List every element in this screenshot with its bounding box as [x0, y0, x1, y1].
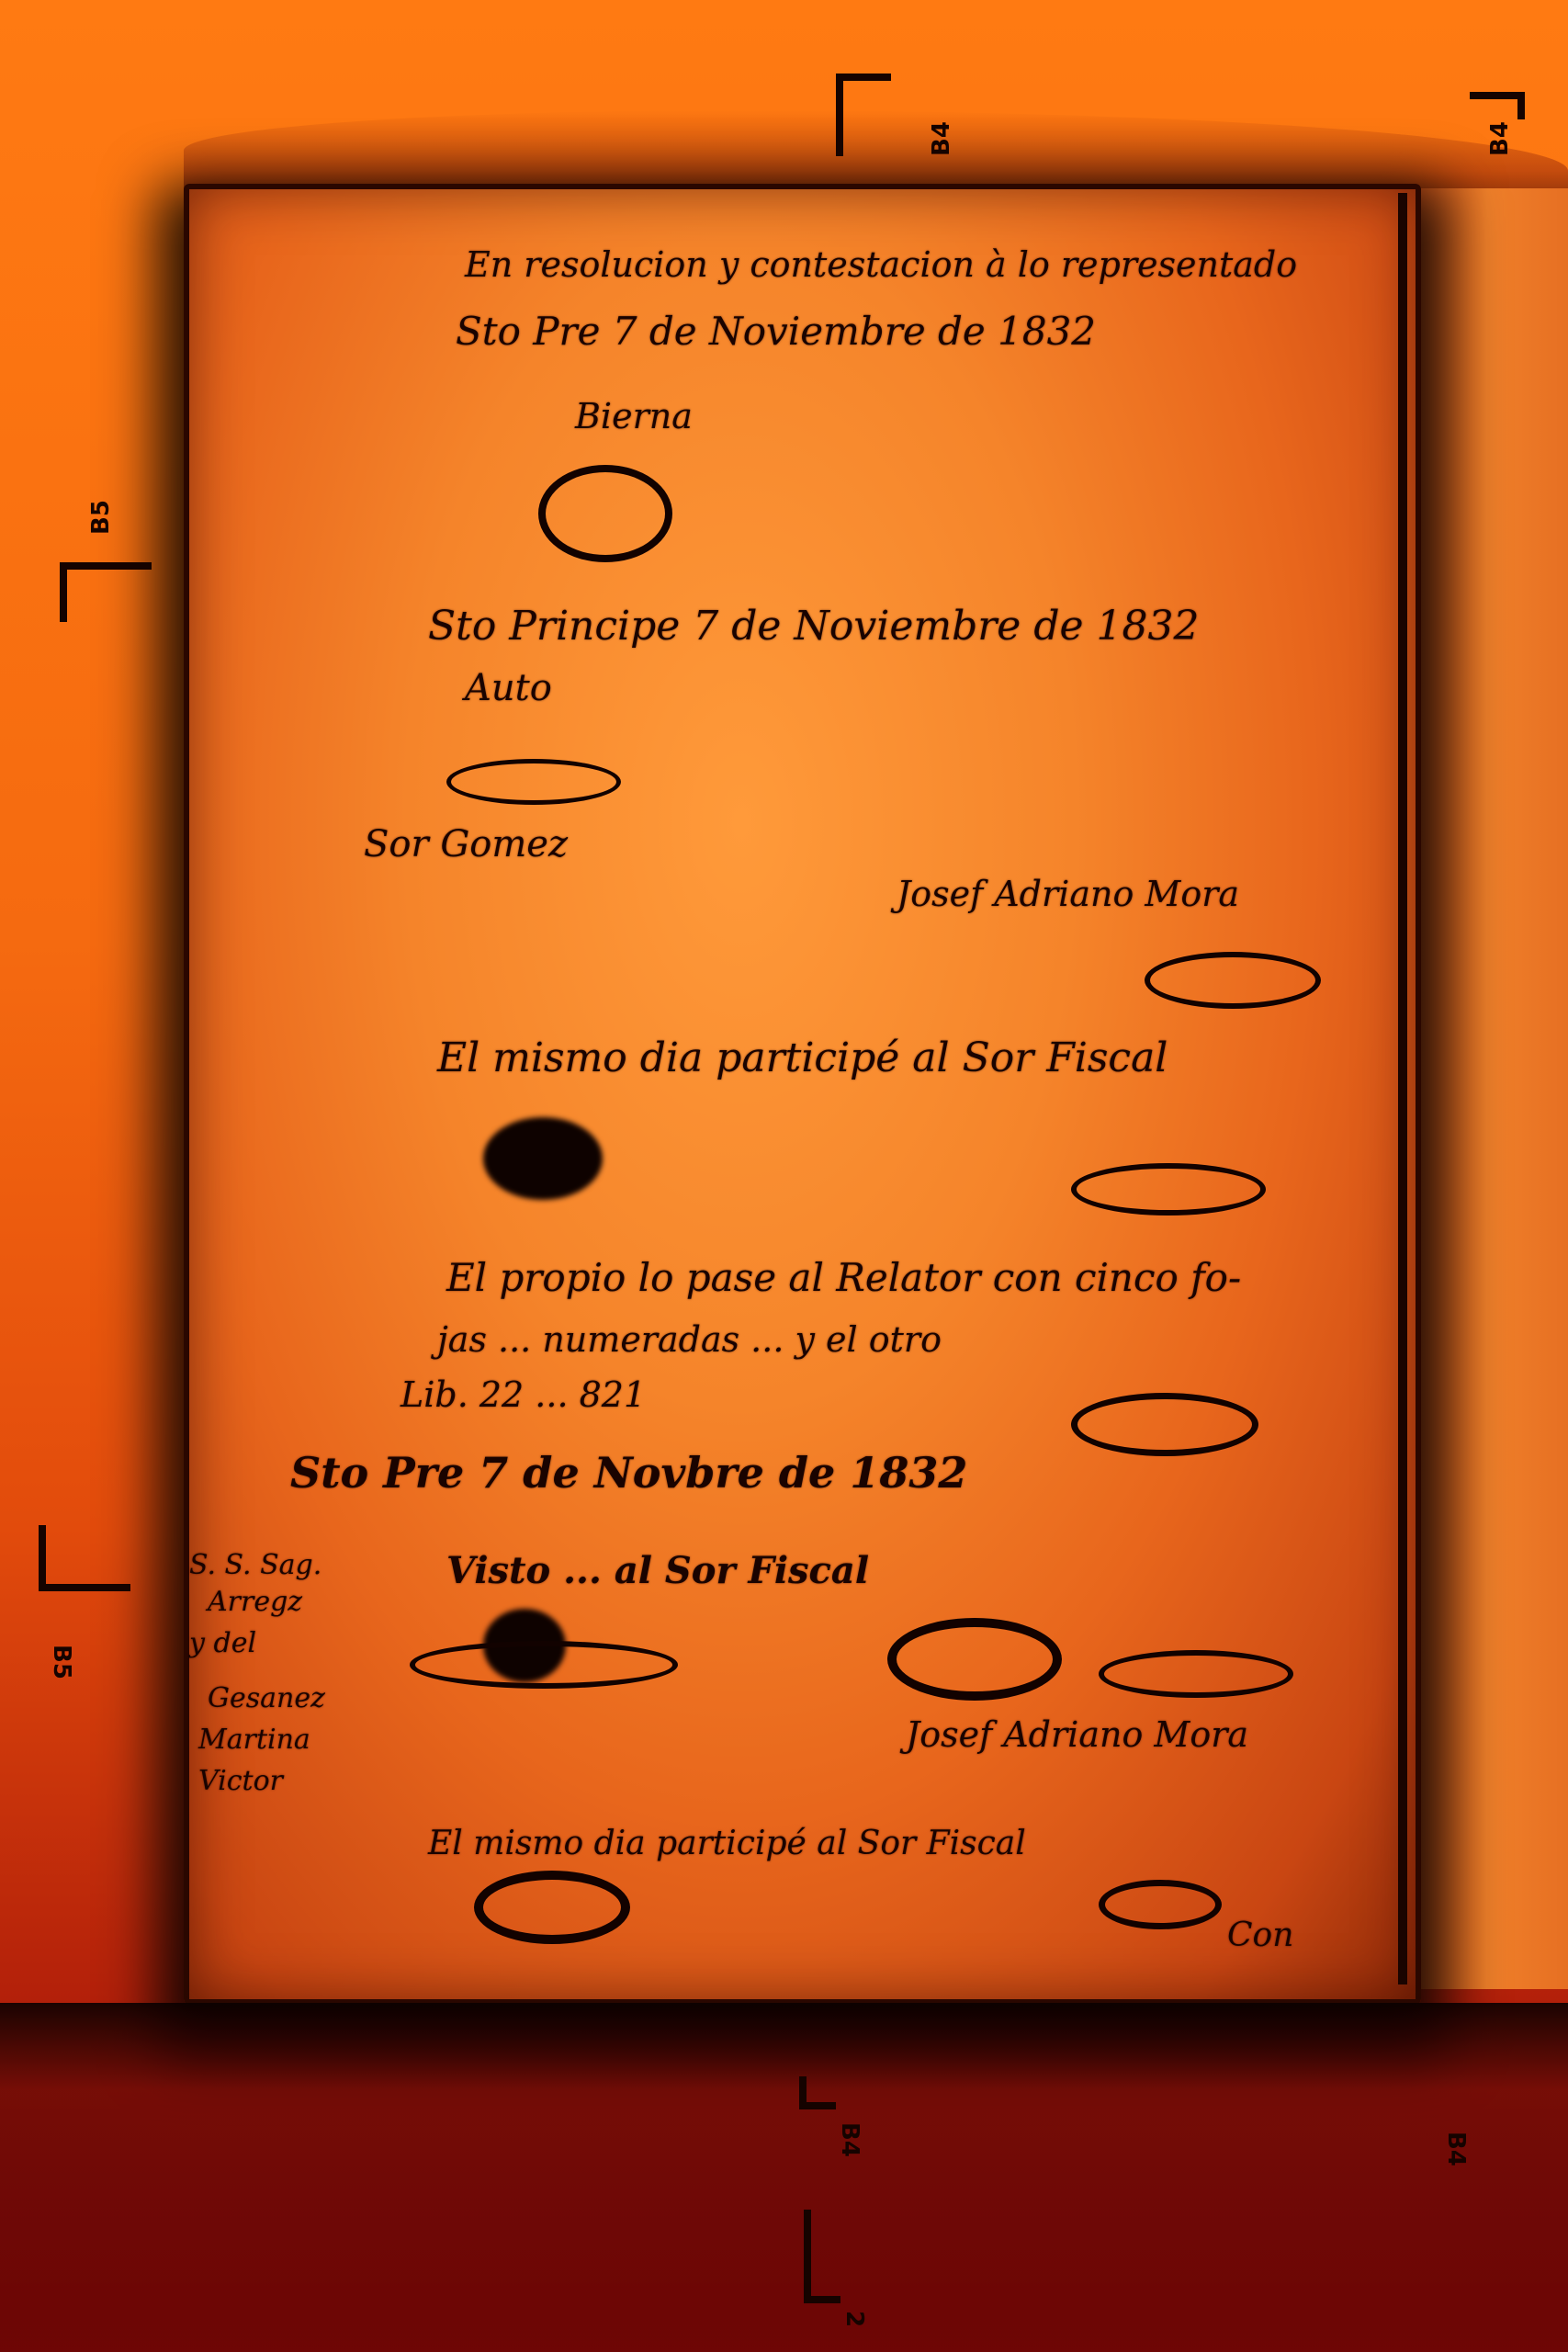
marker-label: B4 [836, 2122, 863, 2157]
rubric-flourish-7 [887, 1618, 1062, 1701]
marker-label: B4 [1486, 121, 1514, 156]
marker-label: B5 [48, 1645, 75, 1679]
text-line-9: El propio lo pase al Relator con cinco f… [446, 1255, 1241, 1300]
page-fold [1398, 193, 1407, 1984]
ink-blot [483, 1117, 603, 1200]
text-line-2: Sto Pre 7 de Noviembre de 1832 [456, 309, 1096, 354]
rubric-flourish-4 [1071, 1163, 1266, 1216]
rubric-flourish-1 [538, 465, 672, 562]
margin-note-4: Gesanez [208, 1682, 325, 1714]
rubric-flourish-9 [474, 1871, 630, 1944]
text-line-4: Sto Principe 7 de Noviembre de 1832 [428, 603, 1200, 650]
marker-label: B5 [87, 500, 115, 535]
text-line-7: Josef Adriano Mora [897, 874, 1239, 914]
rubric-flourish-6 [410, 1641, 678, 1689]
manuscript-page: En resolucion y contestacion à lo repres… [184, 184, 1421, 2005]
margin-note-2: Arregz [208, 1586, 302, 1618]
text-line-12: Sto Pre 7 de Novbre de 1832 [290, 1448, 967, 1498]
text-line-8: El mismo dia participé al Sor Fiscal [437, 1035, 1168, 1081]
text-line-5: Auto [465, 667, 552, 709]
margin-note-6: Victor [198, 1765, 283, 1797]
text-line-16: Con [1227, 1917, 1293, 1954]
text-line-11: Lib. 22 ... 821 [400, 1374, 646, 1415]
text-line-13: Visto ... al Sor Fiscal [446, 1549, 869, 1592]
bottom-shadow [0, 2003, 1568, 2352]
rubric-flourish-10 [1099, 1880, 1222, 1929]
marker-label: B4 [1442, 2131, 1470, 2166]
margin-note-5: Martina [198, 1724, 310, 1756]
marker-label: 2 [840, 2311, 868, 2327]
text-line-6: Sor Gomez [364, 823, 568, 865]
text-line-1: En resolucion y contestacion à lo repres… [465, 244, 1297, 285]
facing-page [1410, 188, 1568, 1989]
margin-note-1: S. S. Sag. [189, 1549, 321, 1581]
rubric-flourish-5 [1071, 1393, 1258, 1456]
rubric-flourish-3 [1145, 952, 1321, 1009]
text-line-10: jas ... numeradas ... y el otro [437, 1319, 942, 1360]
text-line-14: Josef Adriano Mora [906, 1714, 1248, 1755]
text-line-3: Bierna [575, 396, 693, 436]
marker-label: B4 [928, 121, 955, 156]
text-line-15: El mismo dia participé al Sor Fiscal [428, 1825, 1026, 1862]
rubric-flourish-2 [446, 759, 621, 805]
margin-note-3: y del [189, 1627, 256, 1659]
rubric-flourish-8 [1099, 1650, 1293, 1698]
